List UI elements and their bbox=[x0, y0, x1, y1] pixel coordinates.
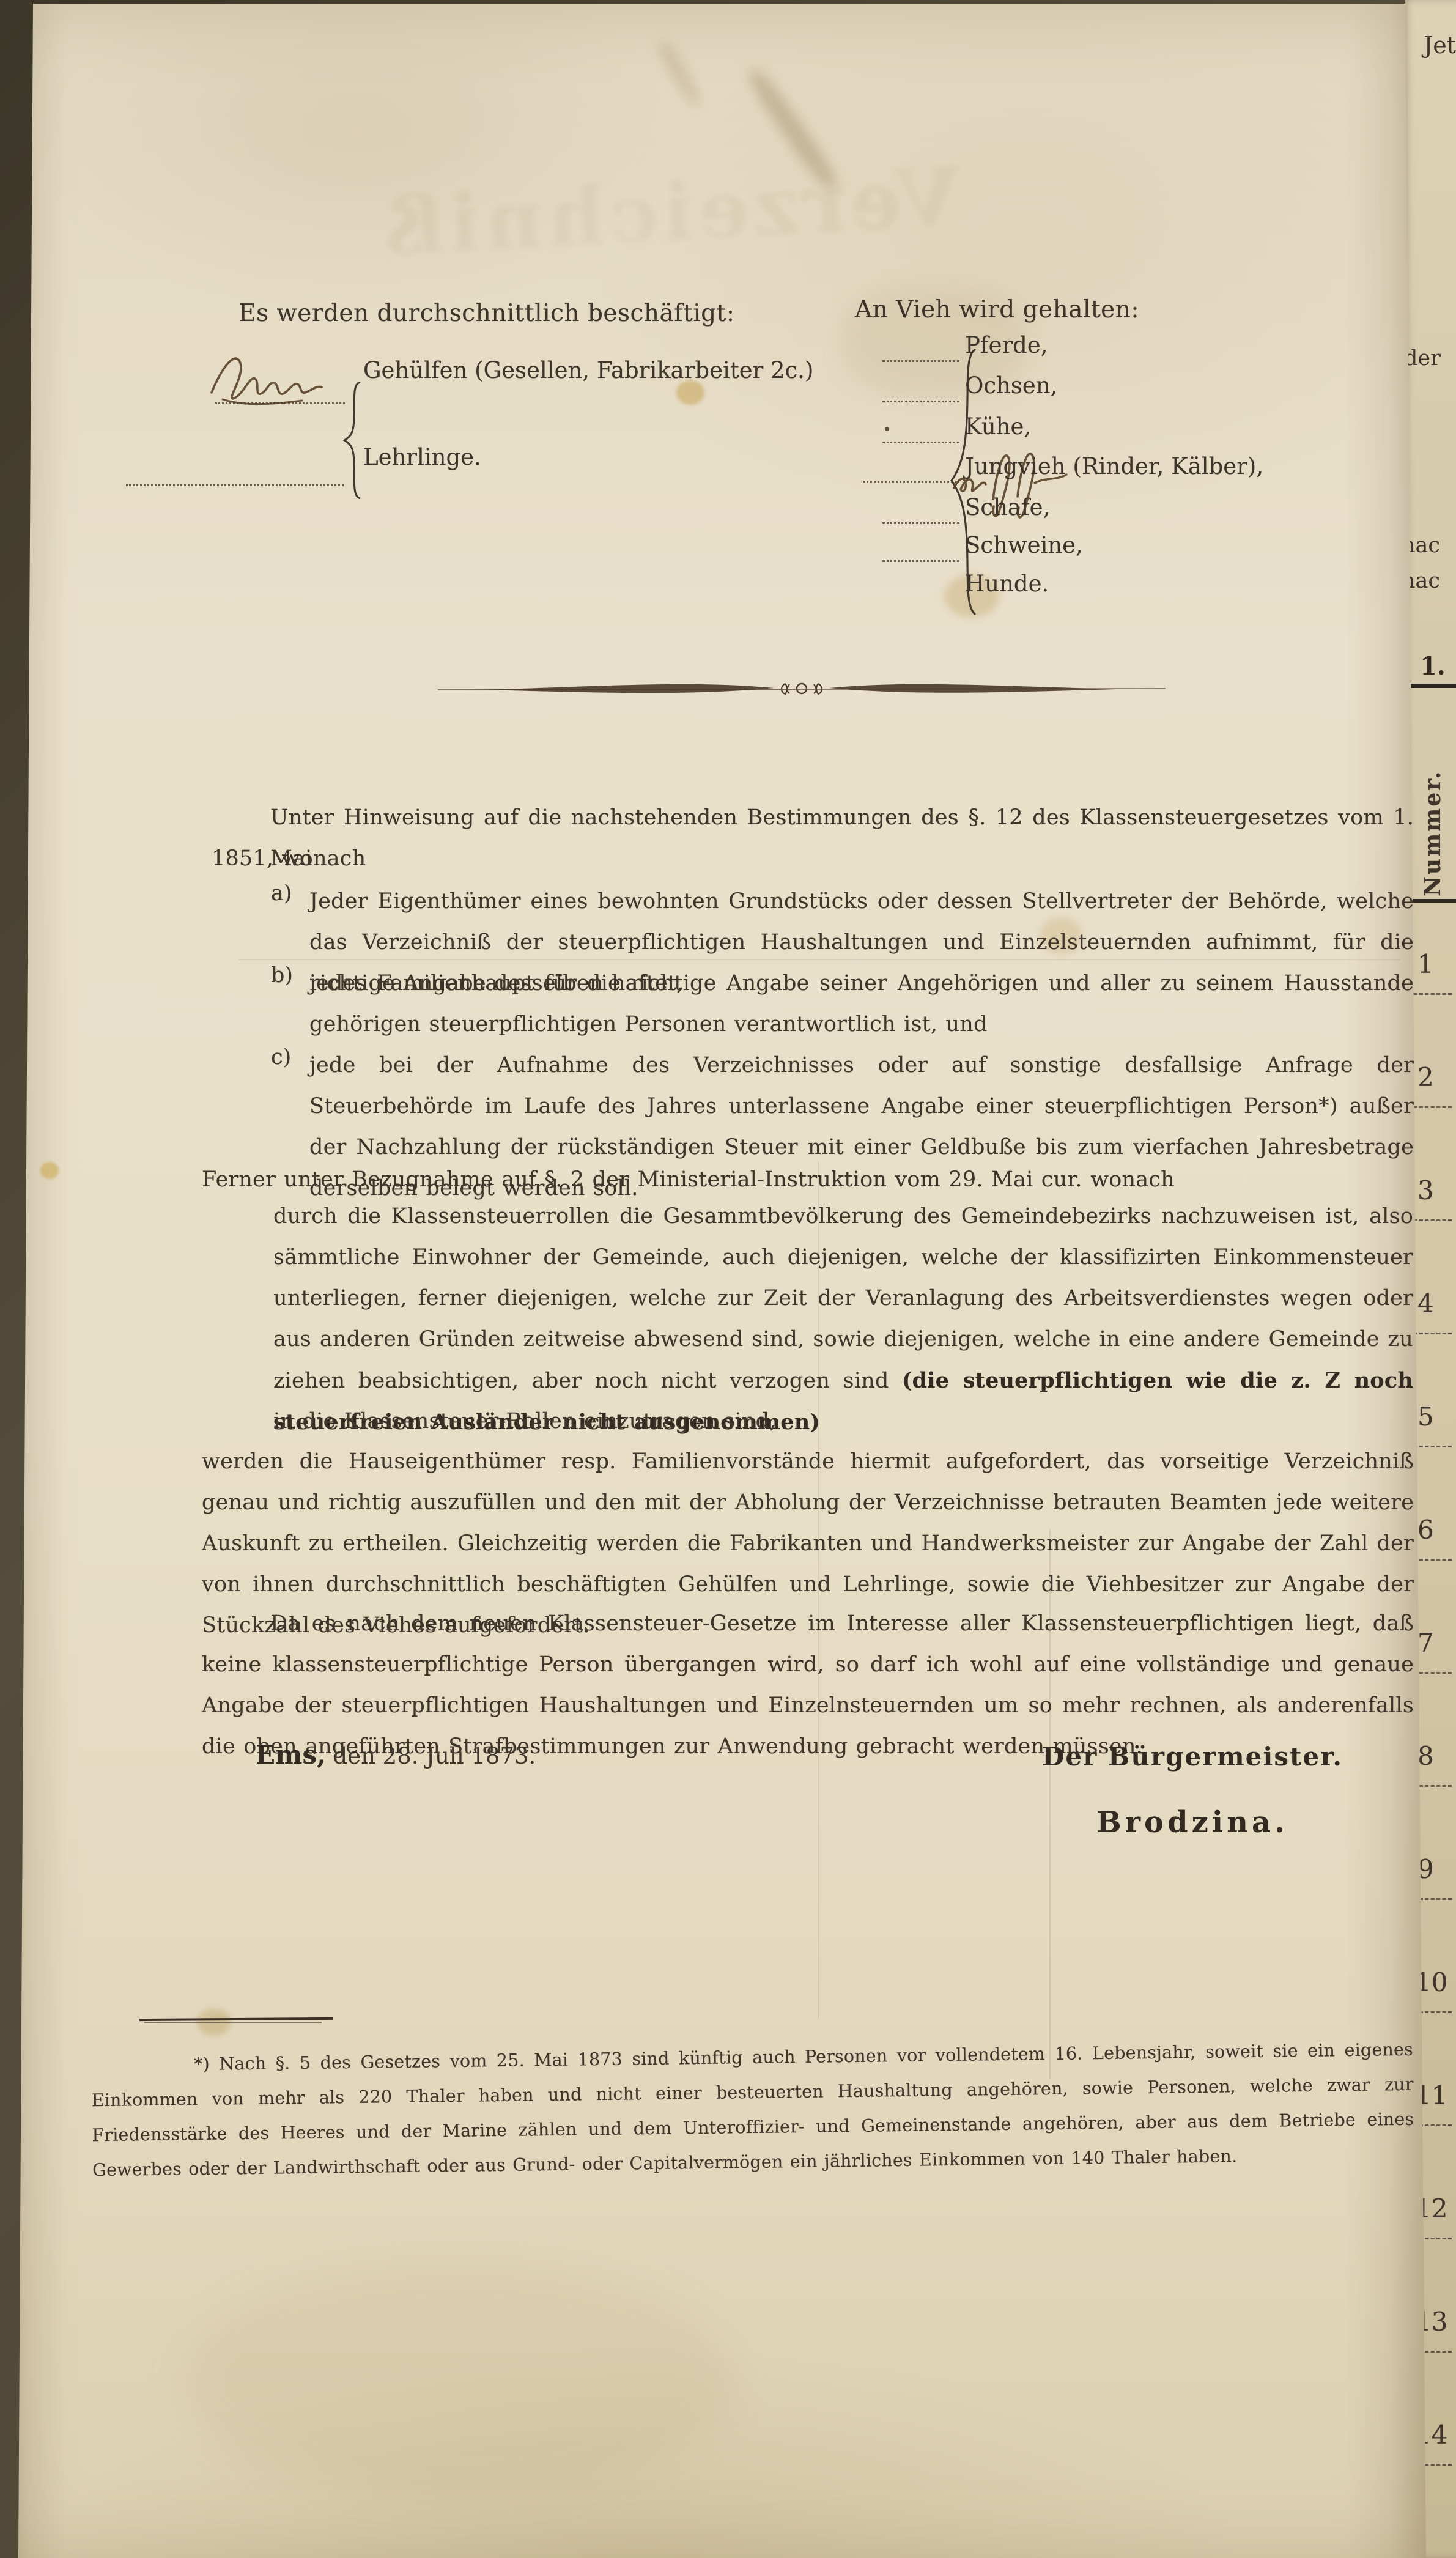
livestock-item-label: Ochsen, bbox=[965, 372, 1057, 399]
list-item-b: jedes Familienhaupt für die richtige Ang… bbox=[309, 963, 1414, 1045]
list-marker-c: c) bbox=[271, 1045, 291, 1070]
adjacent-header-number: 1. bbox=[1420, 652, 1446, 681]
row-number: 2 bbox=[1417, 1062, 1434, 1092]
livestock-item-label: Schweine, bbox=[965, 532, 1083, 558]
row-number: 3 bbox=[1417, 1175, 1434, 1205]
intro-line-2: 1851, wonach bbox=[212, 838, 701, 879]
dateline: Ems, den 28. Juli 1873. bbox=[256, 1740, 536, 1770]
list-marker-b: b) bbox=[271, 963, 293, 988]
row-number: 4 bbox=[1417, 1288, 1434, 1318]
signature-name: Brodzina. bbox=[1003, 1805, 1382, 1839]
livestock-item-label: Pferde, bbox=[965, 332, 1048, 358]
row-number: 8 bbox=[1417, 1741, 1434, 1771]
row-number: 6 bbox=[1417, 1515, 1434, 1545]
indented-clause-tail: in die Klassensteuer-Rollen einzutragen … bbox=[273, 1401, 1413, 1442]
employment-row-label: Lehrlinge. bbox=[363, 444, 481, 470]
livestock-item-label: Kühe, bbox=[965, 413, 1031, 440]
paper-stain bbox=[183, 2263, 734, 2495]
list-marker-a: a) bbox=[271, 881, 292, 906]
handwritten-entry-workers bbox=[205, 340, 349, 410]
row-number: 1 bbox=[1417, 949, 1434, 979]
ferner-line: Ferner unter Bezugnahme auf §. 2 der Min… bbox=[202, 1159, 1414, 1200]
clause-regular: durch die Klassensteuerrollen die Gesamm… bbox=[273, 1204, 1413, 1393]
row-separator bbox=[1408, 993, 1452, 995]
livestock-entry-line bbox=[863, 481, 959, 483]
employment-row-label: Gehülfen (Gesellen, Fabrikarbeiter 2c.) bbox=[363, 357, 814, 383]
employment-entry-line bbox=[215, 402, 345, 404]
paper-stain bbox=[676, 380, 704, 405]
footnote-rule-echo bbox=[144, 2022, 322, 2023]
signature-title: Der Bürgermeister. bbox=[1003, 1742, 1382, 1772]
livestock-item-label: Schafe, bbox=[965, 494, 1050, 520]
table-rule bbox=[1413, 899, 1456, 903]
workers-brace bbox=[340, 379, 364, 501]
dateline-rest: den 28. Juli 1873. bbox=[326, 1743, 536, 1769]
column-label-nummer: Nummer. bbox=[1420, 707, 1446, 896]
paper-stain bbox=[40, 1162, 59, 1179]
livestock-item-label: Jungvieh (Rinder, Kälber), bbox=[965, 453, 1263, 479]
ornamental-divider bbox=[432, 676, 1172, 703]
row-separator bbox=[1408, 1106, 1452, 1108]
livestock-heading: An Vieh wird gehalten: bbox=[855, 296, 1139, 323]
employment-entry-line bbox=[126, 484, 344, 486]
scanned-document: Verzeichniß Es werden durchschnittlich b… bbox=[0, 0, 1456, 2558]
adjacent-text-fragment: der bbox=[1404, 346, 1441, 371]
ink-dot bbox=[885, 427, 889, 431]
row-number: 5 bbox=[1417, 1402, 1434, 1432]
footnote-text: *) Nach §. 5 des Gesetzes vom 25. Mai 18… bbox=[91, 2032, 1415, 2187]
adjacent-text-fragment: Jetz bbox=[1424, 32, 1456, 59]
dateline-place: Ems, bbox=[256, 1740, 326, 1770]
table-rule bbox=[1410, 684, 1456, 688]
row-number: 7 bbox=[1417, 1628, 1434, 1658]
livestock-item-label: Hunde. bbox=[965, 571, 1049, 597]
employment-heading: Es werden durchschnittlich beschäftigt: bbox=[238, 300, 735, 327]
